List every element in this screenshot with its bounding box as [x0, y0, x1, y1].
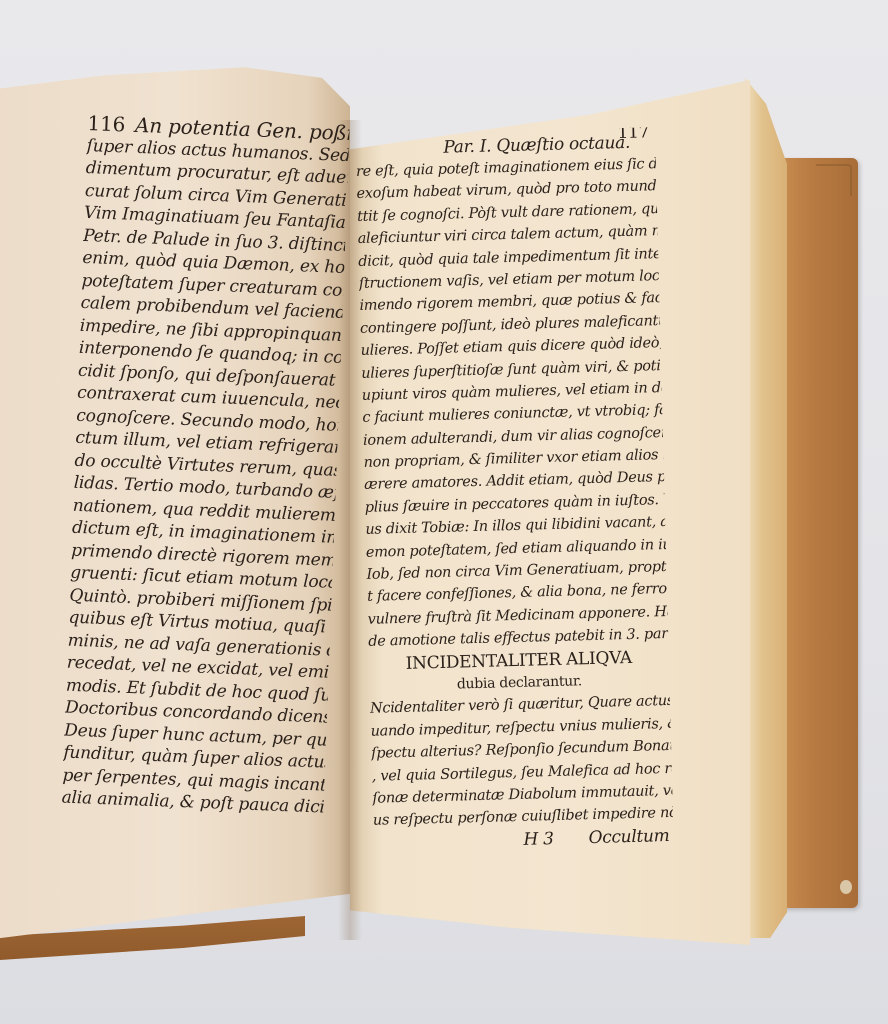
catchword: Occultum	[588, 825, 669, 850]
signature-mark: H 3	[523, 828, 554, 851]
left-folio-number: 116	[87, 112, 125, 136]
back-cover-board	[778, 158, 858, 908]
right-page-text: Par. I. Quæſtio octaua. 117 re eſt, quia…	[355, 127, 674, 855]
book-photo: 116An potentia Gen. poßit per Mal ſuper …	[0, 0, 888, 1024]
left-page-text: 116An potentia Gen. poßit per Mal ſuper …	[61, 112, 350, 819]
clasp-remnant	[840, 880, 852, 894]
page-block-edge	[745, 78, 787, 938]
right-folio-number: 117	[617, 127, 649, 144]
cover-corner-crease	[816, 164, 852, 196]
